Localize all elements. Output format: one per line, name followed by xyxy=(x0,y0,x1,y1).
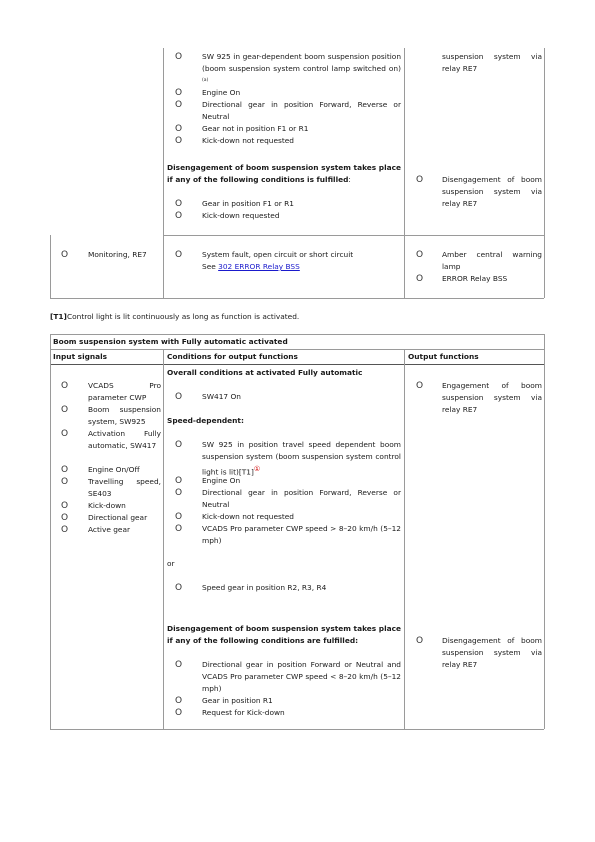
condition-item: Speed gear in position R2, R3, R4 xyxy=(202,582,401,594)
bullet-icon: O xyxy=(175,391,182,403)
output-item: Amber central warning lamp xyxy=(442,249,542,273)
condition-item: Request for Kick-down xyxy=(202,707,401,719)
bullet-icon: O xyxy=(175,695,182,707)
bullet-icon: O xyxy=(175,51,182,63)
error-relay-link[interactable]: 302 ERROR Relay BSS xyxy=(218,262,300,271)
bullet-icon: O xyxy=(175,439,182,451)
output-item: Disengagement of boom suspension system … xyxy=(442,635,542,671)
bullet-icon: O xyxy=(175,475,182,487)
input-item: Directional gear xyxy=(88,512,161,524)
bullet-icon: O xyxy=(175,659,182,671)
bullet-icon: O xyxy=(416,273,423,285)
input-item: Engine On/Off xyxy=(88,464,161,476)
speed-heading: Speed-dependent: xyxy=(167,415,401,427)
condition-item: Kick-down not requested xyxy=(202,135,401,147)
table-title: Boom suspension system with Fully automa… xyxy=(53,336,533,348)
condition-item: Directional gear in position Forward, Re… xyxy=(202,99,401,123)
bullet-icon: O xyxy=(416,380,423,392)
input-item: VCADS Pro parameter CWP xyxy=(88,380,161,404)
condition-item: Gear in position F1 or R1 xyxy=(202,198,401,210)
condition-item: Kick-down not requested xyxy=(202,511,401,523)
header-output-functions: Output functions xyxy=(408,351,538,363)
bullet-icon: O xyxy=(61,500,68,512)
note-info-icon[interactable]: ① xyxy=(254,465,260,473)
or-label: or xyxy=(167,558,217,570)
bullet-icon: O xyxy=(175,511,182,523)
bullet-icon: O xyxy=(61,249,68,261)
condition-item: Gear in position R1 xyxy=(202,695,401,707)
bullet-icon: O xyxy=(61,380,68,392)
footnote: [T1]Control light is lit continuously as… xyxy=(50,311,544,323)
output-item: Engagement of boom suspension system via… xyxy=(442,380,542,416)
condition-item: System fault, open circuit or short circ… xyxy=(202,249,401,261)
bullet-icon: O xyxy=(175,249,182,261)
bullet-icon: O xyxy=(61,512,68,524)
bullet-icon: O xyxy=(175,582,182,594)
bullet-icon: O xyxy=(61,404,68,416)
bullet-icon: O xyxy=(175,135,182,147)
header-conditions: Conditions for output functions xyxy=(167,351,397,363)
bullet-icon: O xyxy=(61,428,68,440)
output-item: ERROR Relay BSS xyxy=(442,273,542,285)
input-item: Boom suspension system, SW925 xyxy=(88,404,161,428)
condition-item: VCADS Pro parameter CWP speed > 8–20 km/… xyxy=(202,523,401,547)
bullet-icon: O xyxy=(61,524,68,536)
condition-item: Directional gear in position Forward, Re… xyxy=(202,487,401,511)
condition-item: SW417 On xyxy=(202,391,401,403)
bullet-icon: O xyxy=(175,487,182,499)
input-item: Activation Fully automatic, SW417 xyxy=(88,428,161,452)
disengage-heading: Disengagement of boom suspension system … xyxy=(167,162,401,186)
bullet-icon: O xyxy=(416,174,423,186)
bullet-icon: O xyxy=(175,87,182,99)
input-item: Active gear xyxy=(88,524,161,536)
input-item: Monitoring, RE7 xyxy=(88,249,162,261)
condition-item: SW 925 in position travel speed dependen… xyxy=(202,439,401,478)
bullet-icon: O xyxy=(175,99,182,111)
bullet-icon: O xyxy=(416,635,423,647)
condition-item: Engine On xyxy=(202,475,401,487)
condition-item: Engine On xyxy=(202,87,401,99)
overall-heading: Overall conditions at activated Fully au… xyxy=(167,367,401,379)
condition-item: Directional gear in position Forward or … xyxy=(202,659,401,695)
bullet-icon: O xyxy=(175,123,182,135)
condition-item: SW 925 in gear-dependent boom suspension… xyxy=(202,51,401,88)
bullet-icon: O xyxy=(175,210,182,222)
output-item: suspension system via relay RE7 xyxy=(442,51,542,75)
header-input-signals: Input signals xyxy=(53,351,161,363)
bullet-icon: O xyxy=(61,464,68,476)
condition-item: Kick-down requested xyxy=(202,210,401,222)
bullet-icon: O xyxy=(175,198,182,210)
bullet-icon: O xyxy=(61,476,68,488)
bullet-icon: O xyxy=(175,523,182,535)
bullet-icon: O xyxy=(175,707,182,719)
input-item: Kick-down xyxy=(88,500,161,512)
condition-item: Gear not in position F1 or R1 xyxy=(202,123,401,135)
output-item: Disengagement of boom suspension system … xyxy=(442,174,542,210)
see-reference: See 302 ERROR Relay BSS xyxy=(202,261,401,273)
bullet-icon: O xyxy=(416,249,423,261)
input-item: Travelling speed, SE403 xyxy=(88,476,161,500)
disengage-heading: Disengagement of boom suspension system … xyxy=(167,623,401,647)
